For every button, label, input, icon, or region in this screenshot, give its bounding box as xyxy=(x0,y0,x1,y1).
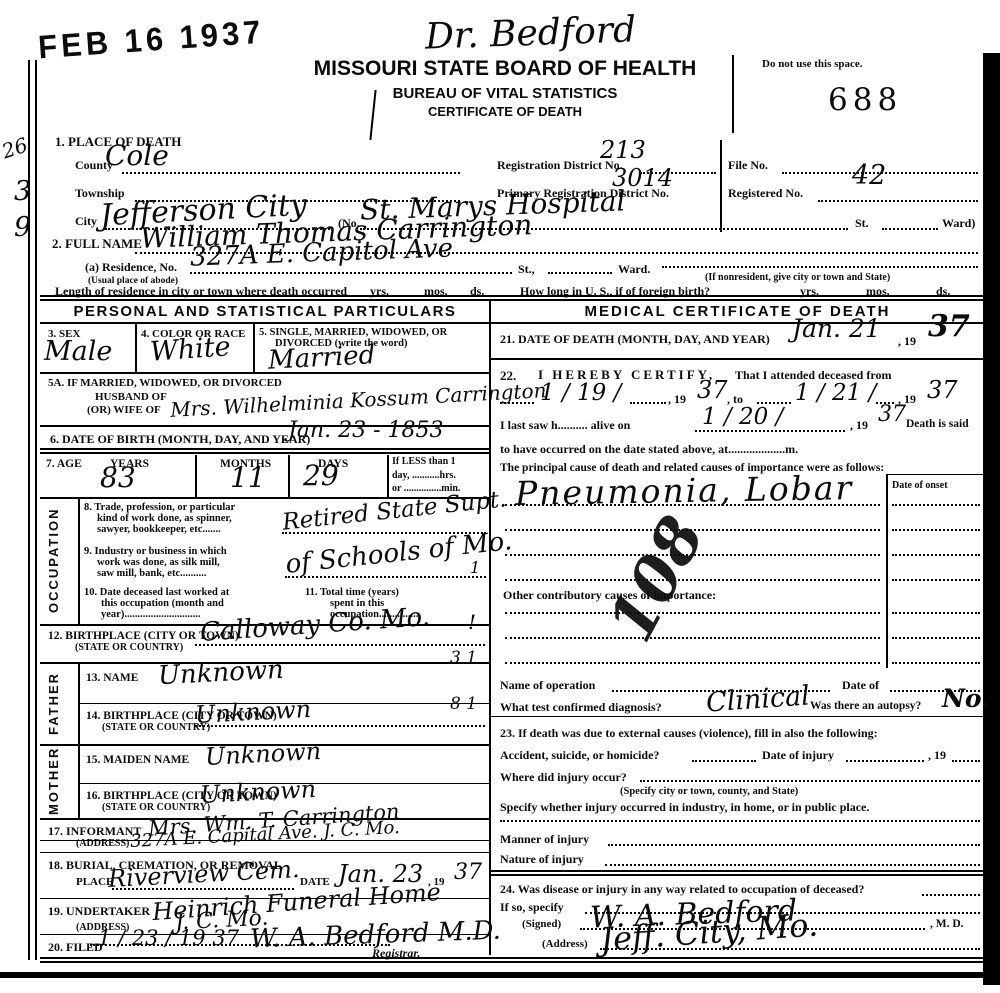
certificate-title: CERTIFICATE OF DEATH xyxy=(270,104,740,119)
onset-box-top xyxy=(886,474,984,475)
dotted-line xyxy=(695,430,845,432)
double-rule xyxy=(40,448,490,454)
occupation-side-label: OCCUPATION xyxy=(46,500,61,621)
side-label-divider xyxy=(78,497,80,624)
dotted-line xyxy=(922,894,980,896)
stray-mark: 3 1 xyxy=(450,650,477,667)
dotted-line xyxy=(190,272,512,274)
dotted-line xyxy=(630,402,666,404)
trade-label-line3: sawyer, bookkeeper, etc....... xyxy=(97,524,221,535)
date-of-onset-label: Date of onset xyxy=(892,480,948,491)
age-years-value: 83 xyxy=(100,464,136,492)
signed-label: (Signed) xyxy=(522,918,561,930)
residence-label: (a) Residence, No. xyxy=(85,260,177,275)
year-prefix: , 19 xyxy=(850,418,868,433)
last-worked-line3: year)............................. xyxy=(101,609,200,620)
cell-divider xyxy=(195,455,197,497)
stray-mark: 1 xyxy=(470,560,480,576)
received-date-stamp: FEB 16 1937 xyxy=(37,13,266,67)
rule xyxy=(490,716,985,717)
mother-maiden-name-value: Unknown xyxy=(204,739,321,769)
date-of-death-year: 37 xyxy=(928,312,970,342)
mother-birthplace-value: Unknown xyxy=(199,777,316,807)
dotted-line xyxy=(818,200,978,202)
father-name-label: 13. NAME xyxy=(86,672,138,684)
if-so-specify-label: If so, specify xyxy=(500,900,564,915)
dotted-line xyxy=(500,402,534,404)
rule xyxy=(490,322,985,324)
year-prefix: , 19 xyxy=(898,334,916,349)
father-side-label: FATHER xyxy=(46,664,61,742)
wife-of-label: (OR) WIFE OF xyxy=(87,404,161,416)
year-prefix: , 19 xyxy=(928,748,946,763)
header-divider xyxy=(732,55,734,133)
date-of-death-label: 21. DATE OF DEATH (MONTH, DAY, AND YEAR) xyxy=(500,332,770,347)
operation-date-label: Date of xyxy=(842,678,879,693)
dotted-line xyxy=(608,844,980,846)
marital-label-line1: 5. SINGLE, MARRIED, WIDOWED, OR xyxy=(259,327,447,338)
board-title: MISSOURI STATE BOARD OF HEALTH xyxy=(270,57,740,81)
attended-to-value: 1 / 21 / xyxy=(795,382,876,405)
father-birthplace-sub: (STATE OR COUNTRY) xyxy=(102,722,210,733)
husband-of-label: HUSBAND OF xyxy=(95,391,167,403)
certify-number: 22. xyxy=(500,368,516,384)
certificate-number: 688 xyxy=(828,82,902,118)
specify-city-note: (Specify city or town, county, and State… xyxy=(620,786,798,797)
date-of-birth-value: Jan. 23 - 1853 xyxy=(288,420,444,442)
date-of-birth-label: 6. DATE OF BIRTH (MONTH, DAY, AND YEAR) xyxy=(50,432,310,447)
residence-value: 327A E. Capitol Ave xyxy=(190,235,454,270)
registered-no-value: 42 xyxy=(852,162,886,189)
filed-label: 20. FILED xyxy=(48,940,103,955)
registration-district-value: 213 xyxy=(600,138,646,162)
right-black-bar xyxy=(983,53,1000,985)
age-months-value: 11 xyxy=(230,464,266,492)
dotted-line xyxy=(505,637,880,639)
cell-divider xyxy=(253,324,255,372)
dotted-line xyxy=(692,760,756,762)
onset-box-left xyxy=(886,474,888,668)
rule xyxy=(40,852,490,853)
margin-mark-1: 26 xyxy=(0,135,30,162)
year-prefix: , 19 xyxy=(668,392,686,407)
dotted-line xyxy=(882,228,938,230)
accident-label: Accident, suicide, or homicide? xyxy=(500,748,659,763)
father-name-value: Unknown xyxy=(157,657,284,690)
attended-to-year: 37 xyxy=(927,378,958,402)
bottom-black-rule xyxy=(0,972,1000,978)
dotted-line xyxy=(892,529,980,531)
dotted-line xyxy=(505,662,880,664)
attended-from-year: 37 xyxy=(697,378,728,402)
dotted-line xyxy=(892,554,980,556)
external-causes-label: 23. If death was due to external causes … xyxy=(500,726,878,741)
spouse-section-label: 5A. IF MARRIED, WIDOWED, OR DIVORCED xyxy=(48,377,282,389)
file-no-label: File No. xyxy=(728,158,768,173)
color-race-value: White xyxy=(149,333,231,366)
bureau-title: BUREAU OF VITAL STATISTICS xyxy=(270,85,740,102)
undertaker-label: 19. UNDERTAKER xyxy=(48,904,150,919)
side-label-divider xyxy=(78,744,80,818)
injury-date-label: Date of injury xyxy=(762,748,834,763)
less-than-day-line1: If LESS than 1 xyxy=(392,456,456,467)
trade-label-line2: kind of work done, as spinner, xyxy=(97,513,232,524)
father-birthplace-value: Unknown xyxy=(194,697,311,727)
dotted-line xyxy=(846,760,924,762)
occurred-label: to have occurred on the date stated abov… xyxy=(500,442,798,457)
stray-mark: ! xyxy=(468,612,476,632)
autopsy-label: Was there an autopsy? xyxy=(810,700,921,712)
dotted-line xyxy=(505,612,880,614)
dotted-line xyxy=(122,172,460,174)
informant-label: 17. INFORMANT xyxy=(48,824,141,839)
registrar-signature: W. A. Bedford M.D. xyxy=(250,918,502,953)
dotted-line xyxy=(548,272,612,274)
street-label: St. xyxy=(855,216,869,231)
residence-ward-label: Ward. xyxy=(618,262,650,277)
industry-label-line1: 9. Industry or business in which xyxy=(84,546,227,557)
nonresident-note: (If nonresident, give city or town and S… xyxy=(705,272,890,283)
medical-section-title: MEDICAL CERTIFICATE OF DEATH xyxy=(490,303,985,320)
date-of-death-value: Jan. 21 xyxy=(792,316,881,341)
mother-side-label: MOTHER xyxy=(46,746,61,816)
trade-label-line1: 8. Trade, profession, or particular xyxy=(84,502,235,513)
occupation-related-label: 24. Was disease or injury in any way rel… xyxy=(500,882,864,897)
less-than-day-line2: day, ...........hrs. xyxy=(392,470,456,481)
last-worked-line2: this occupation (month and xyxy=(101,598,224,609)
dotted-line xyxy=(285,576,486,578)
attended-from-value: 1 / 19 / xyxy=(540,382,621,405)
mother-maiden-name-label: 15. MAIDEN NAME xyxy=(86,754,189,766)
manner-of-injury-label: Manner of injury xyxy=(500,832,589,847)
registration-column-divider xyxy=(720,140,722,232)
birthplace-sub-label: (STATE OR COUNTRY) xyxy=(75,642,183,653)
rule xyxy=(40,322,490,324)
sex-value: Male xyxy=(44,338,112,365)
birthplace-value: Calloway Co. Mo. xyxy=(199,604,430,646)
city-label: City xyxy=(75,214,97,229)
address-label: (Address) xyxy=(542,938,588,950)
burial-year-value: 37 xyxy=(454,862,482,884)
industry-label-line3: saw mill, bank, etc.......... xyxy=(97,568,206,579)
margin-mark-3: 9 xyxy=(14,214,31,241)
marital-value: Married xyxy=(267,342,376,374)
double-rule xyxy=(490,870,985,876)
dotted-line xyxy=(892,662,980,664)
county-value: Cole xyxy=(105,142,169,170)
dotted-line xyxy=(662,266,978,268)
stray-mark: 8 1 xyxy=(450,696,477,713)
age-days-value: 29 xyxy=(303,462,339,490)
specify-where-label: Specify whether injury occurred in indus… xyxy=(500,800,869,815)
last-saw-label: I last saw h.......... alive on xyxy=(500,418,630,433)
death-is-said-label: Death is said xyxy=(906,418,969,430)
personal-section-title: PERSONAL AND STATISTICAL PARTICULARS xyxy=(40,303,490,320)
dotted-line xyxy=(892,579,980,581)
test-confirmed-label: What test confirmed diagnosis? xyxy=(500,700,662,715)
trade-value: Retired State Supt. xyxy=(281,488,507,534)
operation-label: Name of operation xyxy=(500,678,595,693)
industry-label-line2: work was done, as silk mill, xyxy=(97,557,220,568)
total-time-line1: 11. Total time (years) xyxy=(305,587,399,598)
margin-mark-2: 3 xyxy=(14,178,31,205)
cell-divider xyxy=(288,455,290,497)
registered-no-label: Registered No. xyxy=(728,186,803,201)
autopsy-value: No. xyxy=(942,686,990,711)
dotted-line xyxy=(892,637,980,639)
bottom-double-rule xyxy=(40,957,985,963)
mother-birthplace-sub: (STATE OR COUNTRY) xyxy=(102,802,210,813)
dotted-line xyxy=(892,612,980,614)
section-double-rule xyxy=(40,295,985,301)
rule xyxy=(40,372,490,374)
dotted-line xyxy=(640,780,980,782)
nature-of-injury-label: Nature of injury xyxy=(500,852,584,867)
cell-divider xyxy=(135,324,137,372)
dotted-line xyxy=(195,644,485,646)
dotted-line xyxy=(952,760,980,762)
rule xyxy=(490,358,985,360)
where-injury-label: Where did injury occur? xyxy=(500,770,627,785)
cell-divider xyxy=(387,455,389,497)
full-name-label: 2. FULL NAME xyxy=(52,236,142,252)
do-not-use-label: Do not use this space. xyxy=(762,58,863,70)
physician-scrawl: Dr. Bedford xyxy=(424,12,636,55)
dotted-line xyxy=(892,504,980,506)
last-worked-line1: 10. Date deceased last worked at xyxy=(84,587,229,598)
dotted-line xyxy=(500,820,980,822)
test-confirmed-value: Clinical xyxy=(705,682,810,716)
md-label: , M. D. xyxy=(930,918,964,930)
dotted-line xyxy=(195,725,485,727)
last-saw-value: 1 / 20 / xyxy=(702,406,783,429)
cause-of-death-value: Pneumonia, Lobar xyxy=(515,471,854,510)
residence-st-label: St., xyxy=(518,262,535,277)
age-label: 7. AGE xyxy=(46,458,82,470)
dotted-line xyxy=(605,864,980,866)
last-saw-year: 37 xyxy=(878,404,906,426)
ward-label: Ward) xyxy=(942,216,975,231)
rule xyxy=(40,840,490,841)
